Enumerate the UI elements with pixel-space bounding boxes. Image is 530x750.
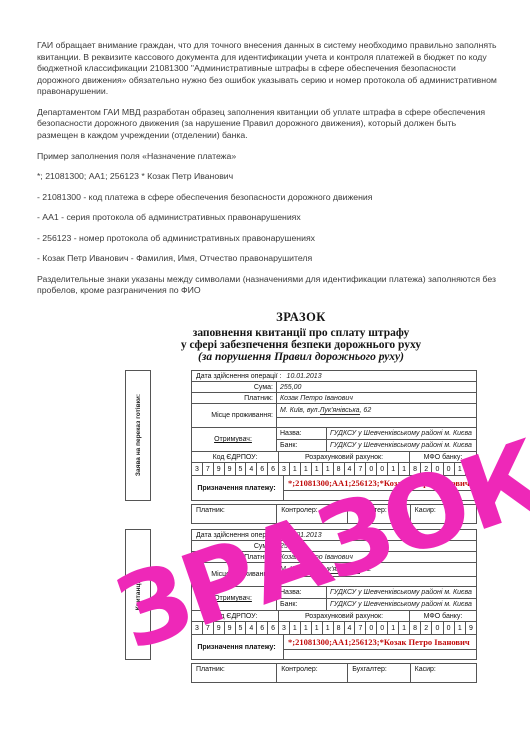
recipient-bank-label: Банк: [277,599,327,610]
account-digits: 311118470011 [279,463,410,475]
digit-cell: 3 [192,463,203,475]
digit-cell: 6 [257,622,268,634]
digit-cell: 7 [203,463,214,475]
recipient-bank-value: ГУДКСУ у Шевченківському районі м. Києва [327,440,476,451]
digit-cell: 0 [377,463,388,475]
sample-title-word: ЗРАЗОК [125,310,477,325]
payer-value: Козак Петро Іванович [277,552,476,562]
digit-cell: 4 [345,463,356,475]
recipient-label: Отримувач: [214,595,252,602]
date-value: 10.01.2013 [287,373,322,380]
digit-cell: 9 [466,463,476,475]
section-side-box: Заява на переказ готівки: [125,370,151,501]
mfo-header: МФО банку: [410,452,476,462]
side-gap [151,529,191,660]
sig-controller-label: Контролер: [277,505,348,523]
sum-value: 255,00 [277,382,476,392]
sample-title-line4: (за порушення Правил дорожнього руху) [125,351,477,363]
payer-label: Платник: [192,552,277,562]
mfo-digits: 820019 [410,463,476,475]
edrpou-header: Код ЄДРПОУ: [192,611,279,621]
date-row: Дата здійснення операції : 10.01.2013 [192,530,476,541]
digit-cell: 4 [246,463,257,475]
digit-cell: 7 [355,463,366,475]
digit-cell: 8 [334,622,345,634]
number-explanation: - 256123 - номер протокола об администра… [37,233,497,245]
digit-cell: 0 [444,463,455,475]
digit-cell: 3 [279,622,290,634]
digit-cell: 0 [432,463,443,475]
residence-prefix: М. Київ, вул. [280,407,320,414]
digit-cell: 6 [268,463,278,475]
purpose-row: Призначення платежу: *;21081300;АА1;2561… [192,476,476,500]
residence-row: Місце проживання: М. Київ, вул. Лук'янів… [192,404,476,428]
recipient-name-subrow: Назва: ГУДКСУ у Шевченківському районі м… [277,587,476,599]
sig-payer-label: Платник: [192,664,277,682]
residence-street: Лук'янівська [320,407,360,415]
digit-cell: 1 [323,463,334,475]
digit-cell: 7 [355,622,366,634]
sum-label: Сума: [192,382,277,392]
purpose-value: *;21081300;АА1;256123;*Козак Петро Івано… [284,476,476,491]
digit-cell: 3 [279,463,290,475]
digit-cell: 1 [290,622,301,634]
residence-value: М. Київ, вул. Лук'янівська, 62 [277,563,476,577]
digit-cell: 0 [444,622,455,634]
department-paragraph: Департаментом ГАИ МВД разработан образец… [37,107,497,142]
page-content: ГАИ обращает внимание граждан, что для т… [0,0,530,683]
sig-controller-label: Контролер: [277,664,348,682]
recipient-name-subrow: Назва: ГУДКСУ у Шевченківському районі м… [277,428,476,440]
signature-row: Платник: Контролер: Бухгалтер: Касир: [191,504,477,524]
date-value: 10.01.2013 [287,532,322,539]
digit-cell: 5 [236,622,247,634]
digit-cell: 3 [192,622,203,634]
separators-note: Разделительные знаки указаны между симво… [37,274,497,297]
recipient-label-cell: Отримувач: [192,587,277,610]
residence-label: Місце проживання: [192,563,277,586]
residence-empty-line [277,577,476,586]
account-digits: 311118470011 [279,622,410,634]
name-explanation: - Козак Петр Иванович - Фамилия, Имя, От… [37,253,497,265]
digit-cell: 2 [421,622,432,634]
digit-cell: 0 [432,622,443,634]
purpose-label: Призначення платежу: [192,476,284,500]
edrpou-digits: 37995466 [192,622,279,634]
account-header: Розрахунковий рахунок: [279,611,410,621]
purpose-empty-line [284,491,476,500]
example-purpose-line: *; 21081300; АА1; 256123 * Козак Петр Ив… [37,171,497,183]
digit-cell: 9 [466,622,476,634]
payer-row: Платник: Козак Петро Іванович [192,552,476,563]
code-explanation: - 21081300 - код платежа в сфере обеспеч… [37,192,497,204]
sum-row: Сума: 255,00 [192,541,476,552]
residence-label: Місце проживання: [192,404,277,427]
digit-cell: 2 [421,463,432,475]
residence-suffix: , 62 [360,407,372,414]
digit-cell: 1 [312,463,323,475]
residence-value: М. Київ, вул. Лук'янівська, 62 [277,404,476,418]
purpose-empty-line [284,650,476,659]
mfo-header: МФО банку: [410,611,476,621]
recipient-row: Отримувач: Назва: ГУДКСУ у Шевченківсько… [192,587,476,611]
recipient-bank-subrow: Банк: ГУДКСУ у Шевченківському районі м.… [277,440,476,451]
series-explanation: - АА1 - серия протокола об административ… [37,212,497,224]
payer-row: Платник: Козак Петро Іванович [192,393,476,404]
recipient-label: Отримувач: [214,436,252,443]
digit-cell: 9 [214,463,225,475]
side-gap [151,370,191,501]
digit-cell: 5 [236,463,247,475]
receipt-section-zayava: Заява на переказ готівки: Дата здійсненн… [125,370,477,524]
digit-cell: 9 [225,463,236,475]
sig-cashier-label: Касир: [411,505,476,523]
digits-row: 37995466 311118470011 820019 [192,622,476,635]
digit-cell: 9 [225,622,236,634]
sample-title-line2: заповнення квитанції про сплату штрафу [125,327,477,339]
mfo-digits: 820019 [410,622,476,634]
signature-row: Платник: Контролер: Бухгалтер: Касир: [191,663,477,683]
digit-cell: 8 [334,463,345,475]
digit-cell: 4 [345,622,356,634]
sample-title-block: ЗРАЗОК заповнення квитанції про сплату ш… [125,310,477,363]
receipt-section-kvytantsiya: Квитанція Дата здійснення операції : 10.… [125,529,477,683]
digit-cell: 0 [366,622,377,634]
digit-cell: 0 [366,463,377,475]
sig-cashier-label: Касир: [411,664,476,682]
sample-title-line3: у сфері забезпечення безпеки дорожнього … [125,339,477,351]
receipt-table: Дата здійснення операції : 10.01.2013 Су… [191,370,477,501]
residence-row: Місце проживання: М. Київ, вул. Лук'янів… [192,563,476,587]
sig-accountant-label: Бухгалтер: [348,664,410,682]
sig-payer-label: Платник: [192,505,277,523]
digit-cell: 1 [388,622,399,634]
digit-cell: 1 [301,622,312,634]
recipient-name-value: ГУДКСУ у Шевченківському районі м. Києва [327,428,476,439]
digit-cell: 1 [290,463,301,475]
digit-cell: 4 [246,622,257,634]
digit-cell: 6 [257,463,268,475]
section-side-label: Квитанція [135,578,142,610]
recipient-bank-subrow: Банк: ГУДКСУ у Шевченківському районі м.… [277,599,476,610]
intro-paragraph: ГАИ обращает внимание граждан, что для т… [37,40,497,98]
receipt-table: Дата здійснення операції : 10.01.2013 Су… [191,529,477,660]
digit-cell: 9 [214,622,225,634]
recipient-name-label: Назва: [277,587,327,598]
digits-row: 37995466 311118470011 820019 [192,463,476,476]
digit-cell: 0 [377,622,388,634]
residence-empty-line [277,418,476,427]
date-label: Дата здійснення операції : [196,532,282,539]
payer-label: Платник: [192,393,277,403]
residence-street: Лук'янівська [320,566,360,574]
digit-cell: 7 [203,622,214,634]
account-header: Розрахунковий рахунок: [279,452,410,462]
edrpou-digits: 37995466 [192,463,279,475]
recipient-bank-value: ГУДКСУ у Шевченківському районі м. Києва [327,599,476,610]
recipient-name-value: ГУДКСУ у Шевченківському районі м. Києва [327,587,476,598]
sum-row: Сума: 255,00 [192,382,476,393]
sum-value: 255,00 [277,541,476,551]
receipt-form: Заява на переказ готівки: Дата здійсненн… [125,370,477,683]
payer-value: Козак Петро Іванович [277,393,476,403]
residence-prefix: М. Київ, вул. [280,566,320,573]
digit-cell: 1 [399,622,409,634]
digit-cell: 1 [455,622,466,634]
example-heading: Пример заполнения поля «Назначение плате… [37,151,497,163]
digit-cell: 1 [455,463,466,475]
purpose-row: Призначення платежу: *;21081300;АА1;2561… [192,635,476,659]
sum-label: Сума: [192,541,277,551]
section-side-label: Заява на переказ готівки: [135,394,142,476]
digit-cell: 8 [410,622,421,634]
date-row: Дата здійснення операції : 10.01.2013 [192,371,476,382]
sig-accountant-label: Бухгалтер: [348,505,410,523]
purpose-value: *;21081300;АА1;256123;*Козак Петро Івано… [284,635,476,650]
digit-cell: 1 [301,463,312,475]
purpose-label: Призначення платежу: [192,635,284,659]
digit-cell: 1 [388,463,399,475]
digit-cell: 1 [399,463,409,475]
recipient-bank-label: Банк: [277,440,327,451]
residence-suffix: , 62 [360,566,372,573]
edrpou-header: Код ЄДРПОУ: [192,452,279,462]
digit-cell: 6 [268,622,278,634]
recipient-name-label: Назва: [277,428,327,439]
digit-cell: 1 [312,622,323,634]
digit-cell: 8 [410,463,421,475]
section-side-box: Квитанція [125,529,151,660]
account-header-row: Код ЄДРПОУ: Розрахунковий рахунок: МФО б… [192,611,476,622]
date-label: Дата здійснення операції : [196,373,282,380]
account-header-row: Код ЄДРПОУ: Розрахунковий рахунок: МФО б… [192,452,476,463]
digit-cell: 1 [323,622,334,634]
recipient-label-cell: Отримувач: [192,428,277,451]
recipient-row: Отримувач: Назва: ГУДКСУ у Шевченківсько… [192,428,476,452]
